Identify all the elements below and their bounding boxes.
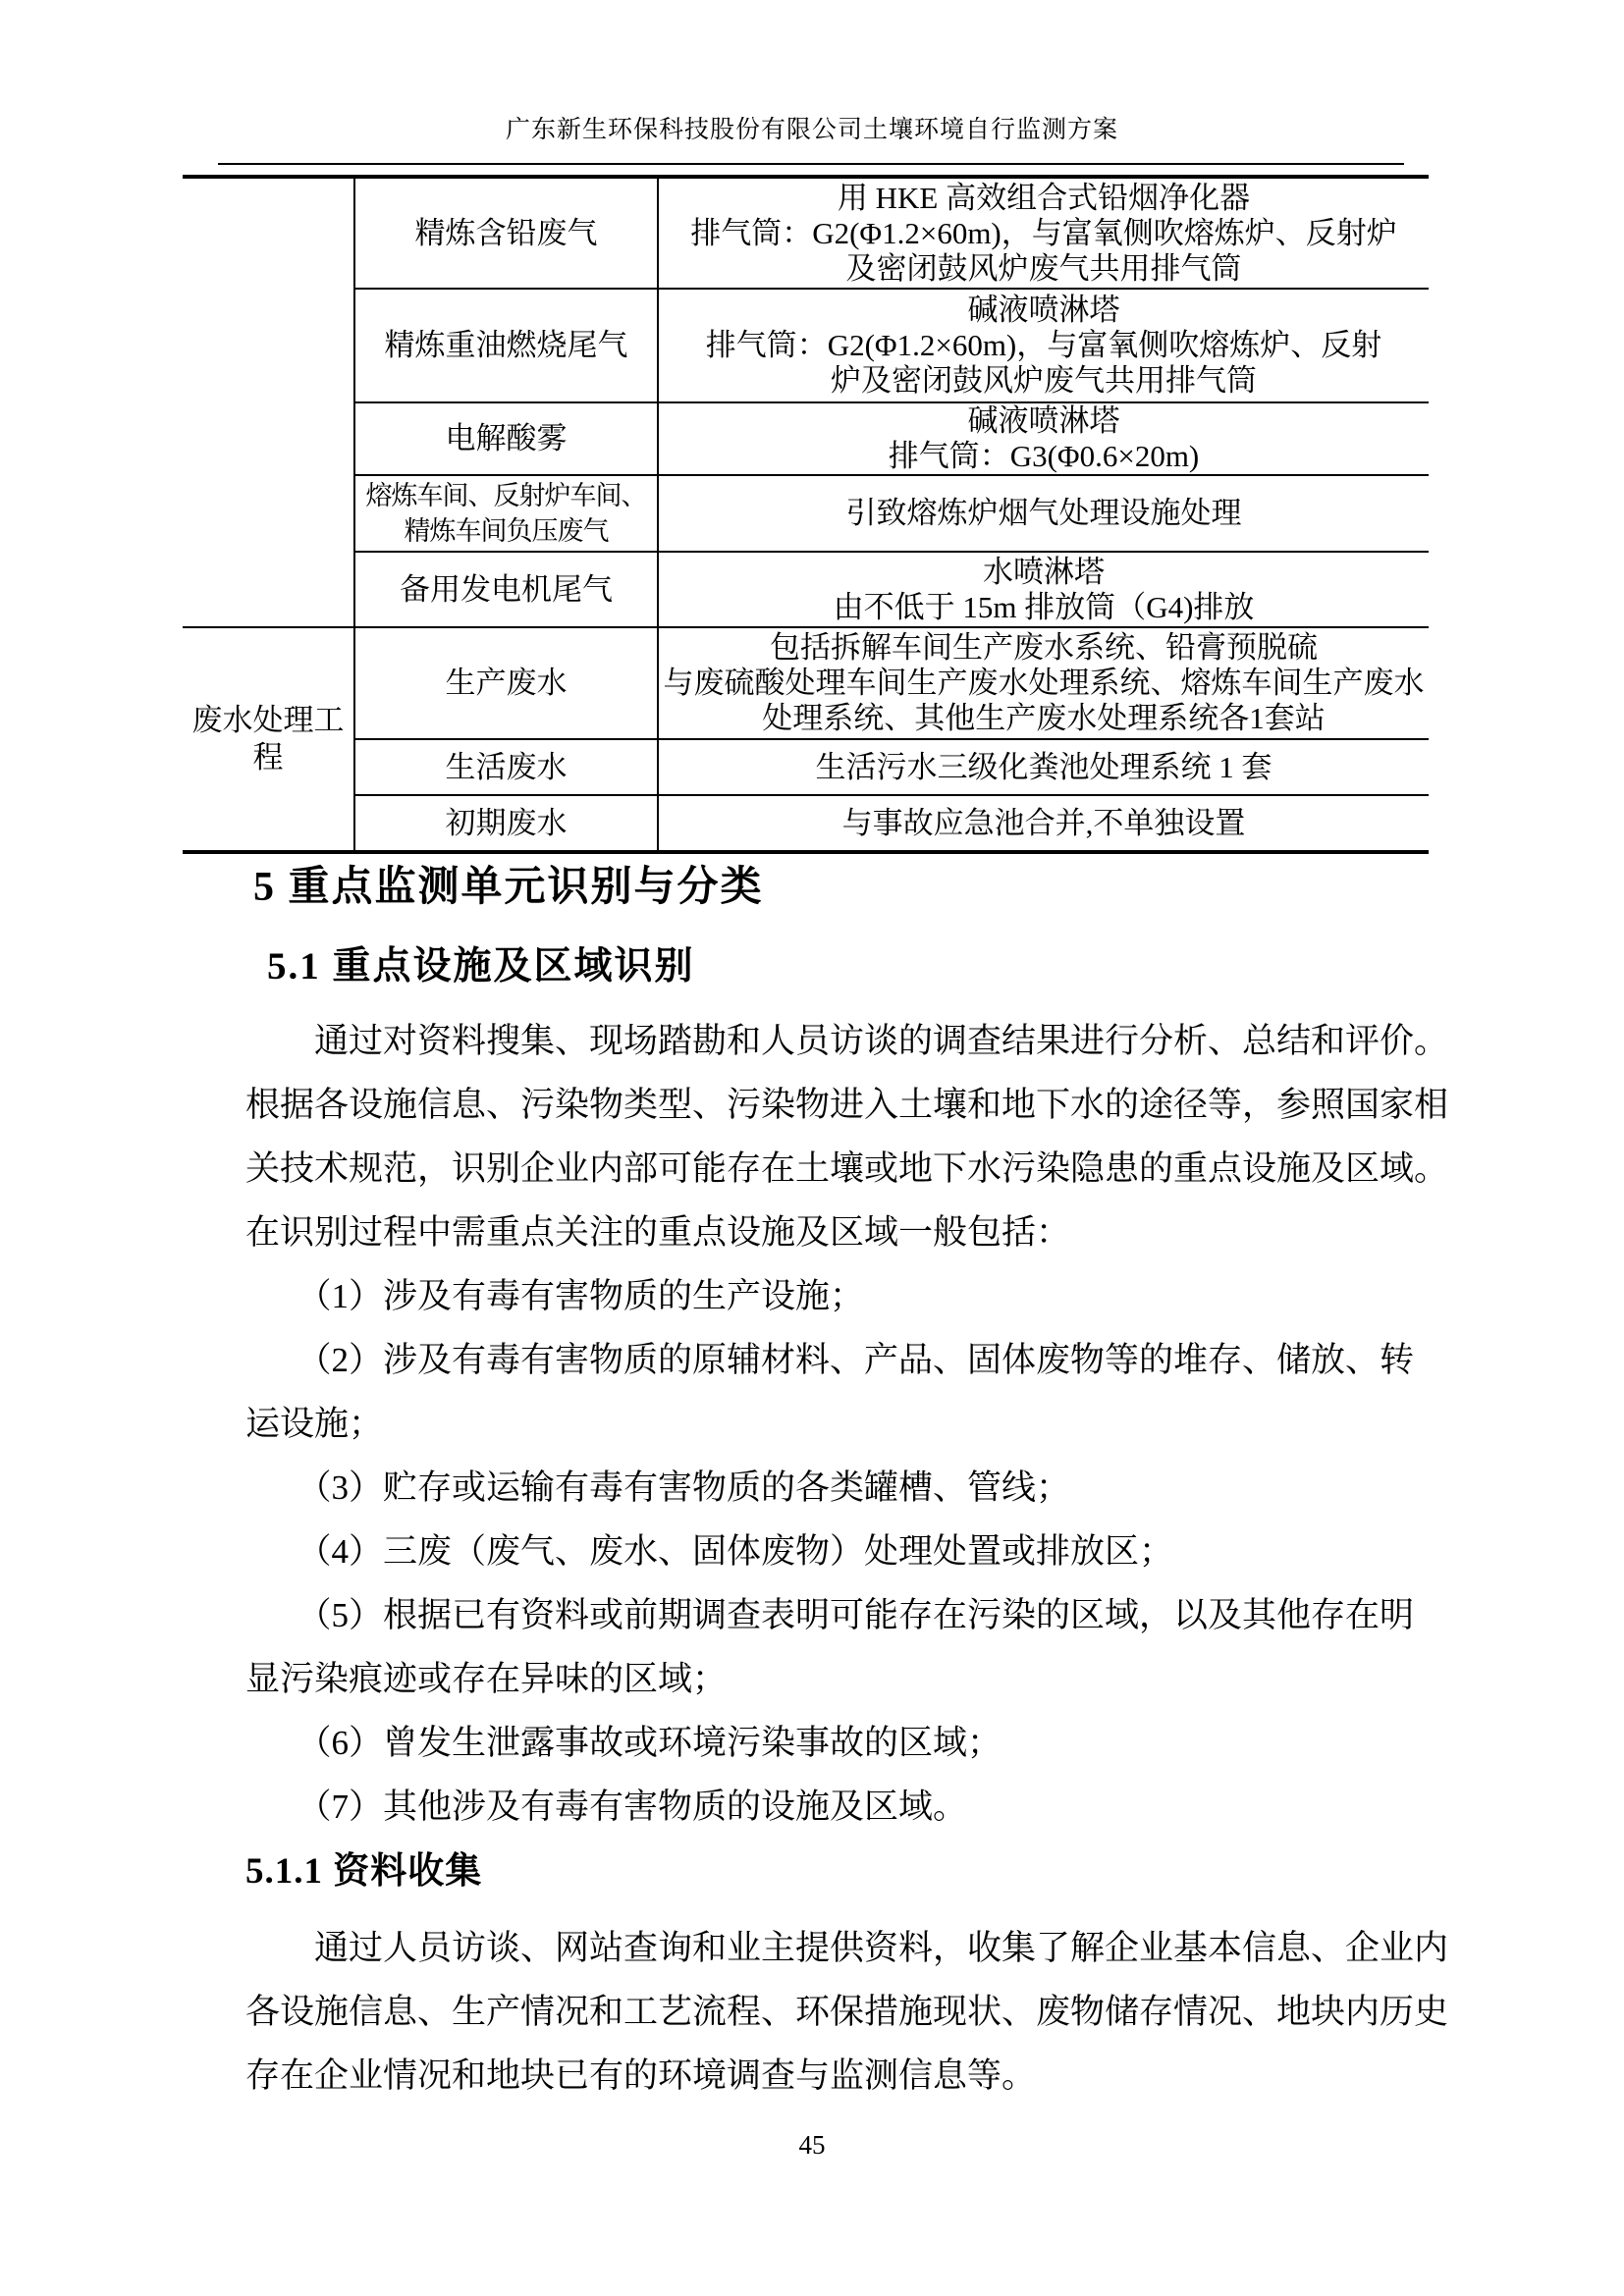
- section-heading-5: 5 重点监测单元识别与分类: [253, 860, 764, 915]
- text-line: （4）三废（废气、废水、固体废物）处理处置或排放区；: [245, 1520, 1420, 1583]
- waste-gas-name-cell: 备用发电机尾气: [354, 552, 658, 627]
- text-line: 水喷淋塔: [659, 555, 1429, 590]
- treatment-measure-cell: 包括拆解车间生产废水系统、铅膏预脱硫与废硫酸处理车间生产废水处理系统、熔炼车间生…: [658, 627, 1429, 739]
- text-line: 精炼车间负压废气: [355, 513, 657, 549]
- text-line: 精炼含铅废气: [355, 216, 657, 251]
- table-row: 熔炼车间、反射炉车间、精炼车间负压废气 引致熔炼炉烟气处理设施处理: [183, 475, 1429, 552]
- section-heading-5-1: 5.1 重点设施及区域识别: [267, 940, 695, 993]
- treatment-facilities-table: 精炼含铅废气 用 HKE 高效组合式铅烟净化器排气筒：G2(Φ1.2×60m)，…: [183, 179, 1429, 850]
- text-line: 及密闭鼓风炉废气共用排气筒: [659, 251, 1429, 287]
- table-row: 初期废水 与事故应急池合并,不单独设置: [183, 795, 1429, 850]
- text-line: 精炼重油燃烧尾气: [355, 328, 657, 363]
- text-line: 关技术规范，识别企业内部可能存在土壤或地下水污染隐患的重点设施及区域。: [245, 1137, 1420, 1201]
- treatment-measure-cell: 碱液喷淋塔排气筒：G2(Φ1.2×60m)，与富氧侧吹熔炼炉、反射炉及密闭鼓风炉…: [658, 289, 1429, 402]
- treatment-measure-cell: 水喷淋塔由不低于 15m 排放筒（G4)排放: [658, 552, 1429, 627]
- table-row: 电解酸雾 碱液喷淋塔排气筒：G3(Φ0.6×20m): [183, 402, 1429, 475]
- table-row: 精炼含铅废气 用 HKE 高效组合式铅烟净化器排气筒：G2(Φ1.2×60m)，…: [183, 179, 1429, 289]
- text-line: 各设施信息、生产情况和工艺流程、环保措施现状、废物储存情况、地块内历史: [245, 1980, 1420, 2044]
- waste-water-name-cell: 生产废水: [354, 627, 658, 739]
- treatment-measure-cell: 碱液喷淋塔排气筒：G3(Φ0.6×20m): [658, 402, 1429, 475]
- text-line: 存在企业情况和地块已有的环境调查与监测信息等。: [245, 2044, 1420, 2108]
- table-row: 生活废水 生活污水三级化粪池处理系统 1 套: [183, 739, 1429, 795]
- section-heading-5-1-1: 5.1.1 资料收集: [245, 1845, 482, 1898]
- text-line: 排气筒：G3(Φ0.6×20m): [659, 439, 1429, 474]
- text-line: （7）其他涉及有毒有害物质的设施及区域。: [245, 1775, 1420, 1839]
- text-line: 碱液喷淋塔: [659, 293, 1429, 328]
- text-line: 生产废水: [355, 666, 657, 701]
- page-number: 45: [0, 2128, 1624, 2162]
- waste-gas-name-cell: 精炼含铅废气: [354, 179, 658, 289]
- table-row: 精炼重油燃烧尾气 碱液喷淋塔排气筒：G2(Φ1.2×60m)，与富氧侧吹熔炼炉、…: [183, 289, 1429, 402]
- text-line: 用 HKE 高效组合式铅烟净化器: [659, 181, 1429, 216]
- text-line: 处理系统、其他生产废水处理系统各1套站: [659, 701, 1429, 736]
- treatment-measure-cell: 生活污水三级化粪池处理系统 1 套: [658, 739, 1429, 795]
- text-line: 炉及密闭鼓风炉废气共用排气筒: [659, 363, 1429, 399]
- text-line: 引致熔炼炉烟气处理设施处理: [659, 496, 1429, 531]
- waste-gas-name-cell: 熔炼车间、反射炉车间、精炼车间负压废气: [354, 475, 658, 552]
- table-row: 废水处理工程 生产废水 包括拆解车间生产废水系统、铅膏预脱硫与废硫酸处理车间生产…: [183, 627, 1429, 739]
- text-line: 熔炼车间、反射炉车间、: [355, 478, 657, 513]
- document-page: 广东新生环保科技股份有限公司土壤环境自行监测方案 精炼含铅废气 用 HKE 高效…: [0, 0, 1624, 2296]
- text-line: 根据各设施信息、污染物类型、污染物进入土壤和地下水的途径等，参照国家相: [245, 1073, 1420, 1137]
- text-line: 生活废水: [355, 750, 657, 785]
- text-line: 生活污水三级化粪池处理系统 1 套: [659, 750, 1429, 785]
- text-line: 包括拆解车间生产废水系统、铅膏预脱硫: [659, 630, 1429, 666]
- text-line: 由不低于 15m 排放筒（G4)排放: [659, 590, 1429, 625]
- text-line: 初期废水: [355, 806, 657, 841]
- body-paragraph-identification: 通过对资料搜集、现场踏勘和人员访谈的调查结果进行分析、总结和评价。根据各设施信息…: [245, 1009, 1420, 1839]
- waste-water-name-cell: 初期废水: [354, 795, 658, 850]
- waste-water-name-cell: 生活废水: [354, 739, 658, 795]
- text-line: 通过人员访谈、网站查询和业主提供资料，收集了解企业基本信息、企业内: [245, 1916, 1420, 1980]
- treatment-measure-cell: 用 HKE 高效组合式铅烟净化器排气筒：G2(Φ1.2×60m)，与富氧侧吹熔炼…: [658, 179, 1429, 289]
- text-line: 碱液喷淋塔: [659, 403, 1429, 439]
- text-line: 程: [183, 739, 353, 776]
- text-line: 废水处理工: [183, 702, 353, 739]
- text-line: 通过对资料搜集、现场踏勘和人员访谈的调查结果进行分析、总结和评价。: [245, 1009, 1420, 1073]
- text-line: （1）涉及有毒有害物质的生产设施；: [245, 1264, 1420, 1328]
- waste-gas-category-cell: [183, 179, 354, 627]
- facilities-table-wrapper: 精炼含铅废气 用 HKE 高效组合式铅烟净化器排气筒：G2(Φ1.2×60m)，…: [183, 175, 1429, 854]
- text-line: （5）根据已有资料或前期调查表明可能存在污染的区域，以及其他存在明: [245, 1583, 1420, 1647]
- text-line: 与事故应急池合并,不单独设置: [659, 806, 1429, 841]
- treatment-measure-cell: 与事故应急池合并,不单独设置: [658, 795, 1429, 850]
- text-line: 显污染痕迹或存在异味的区域；: [245, 1647, 1420, 1711]
- text-line: 运设施；: [245, 1392, 1420, 1456]
- treatment-measure-cell: 引致熔炼炉烟气处理设施处理: [658, 475, 1429, 552]
- waste-water-category-cell: 废水处理工程: [183, 627, 354, 850]
- text-line: （3）贮存或运输有毒有害物质的各类罐槽、管线；: [245, 1456, 1420, 1520]
- text-line: 与废硫酸处理车间生产废水处理系统、熔炼车间生产废水: [659, 666, 1429, 701]
- text-line: 排气筒：G2(Φ1.2×60m)，与富氧侧吹熔炼炉、反射炉: [659, 216, 1429, 251]
- table-row: 备用发电机尾气 水喷淋塔由不低于 15m 排放筒（G4)排放: [183, 552, 1429, 627]
- waste-gas-name-cell: 电解酸雾: [354, 402, 658, 475]
- text-line: 备用发电机尾气: [355, 572, 657, 608]
- page-header-title: 广东新生环保科技股份有限公司土壤环境自行监测方案: [0, 114, 1624, 147]
- text-line: 电解酸雾: [355, 421, 657, 456]
- text-line: （6）曾发生泄露事故或环境污染事故的区域；: [245, 1711, 1420, 1775]
- text-line: （2）涉及有毒有害物质的原辅材料、产品、固体废物等的堆存、储放、转: [245, 1328, 1420, 1392]
- waste-gas-name-cell: 精炼重油燃烧尾气: [354, 289, 658, 402]
- body-paragraph-data-collection: 通过人员访谈、网站查询和业主提供资料，收集了解企业基本信息、企业内各设施信息、生…: [245, 1916, 1420, 2108]
- text-line: 在识别过程中需重点关注的重点设施及区域一般包括：: [245, 1201, 1420, 1264]
- header-rule-divider: [218, 163, 1404, 165]
- text-line: 排气筒：G2(Φ1.2×60m)，与富氧侧吹熔炼炉、反射: [659, 328, 1429, 363]
